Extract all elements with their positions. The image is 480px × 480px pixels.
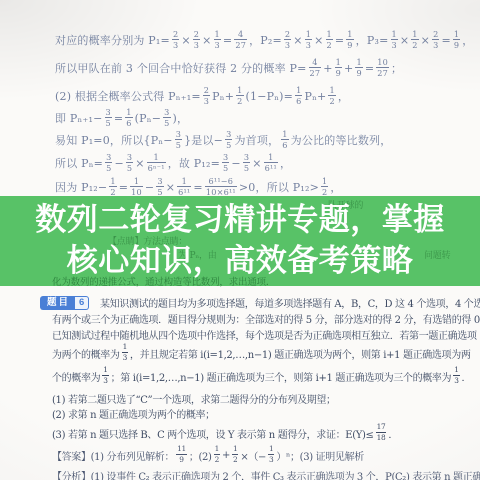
fraction: 12 (109, 177, 116, 198)
fraction: 23 (432, 30, 439, 51)
problem-badge: 题目 6 (40, 295, 89, 310)
fraction: 19 (335, 58, 342, 79)
fraction: 19 (355, 58, 362, 79)
fraction: 23 (203, 86, 210, 107)
fraction: 13 (268, 445, 274, 464)
fraction: 35 (105, 153, 112, 174)
fraction: 35 (243, 153, 250, 174)
fraction: 35 (175, 130, 182, 151)
fraction: 23 (172, 30, 179, 51)
fraction: 23 (284, 30, 291, 51)
fraction: 12 (236, 86, 243, 107)
fraction: 16¹¹ (177, 177, 191, 198)
fraction: 427 (309, 58, 322, 79)
fraction: 16 (281, 130, 288, 151)
fraction: 1027 (376, 58, 389, 79)
solution-line: 所以 Pₙ=35−35×16ⁿ⁻¹，故 P₁₂=35−35×16¹¹， (55, 150, 291, 176)
fraction: 35 (156, 177, 163, 198)
fraction: 12 (214, 445, 220, 464)
problem-part-2: (2) 求第 n 题正确选项为两个的概率； (52, 406, 215, 421)
fraction: 35 (126, 153, 133, 174)
fraction: 16 (125, 108, 132, 129)
textbook-page: 对应的概率分别为 P₁=23×23×13=427，P₂=23×13×12=19，… (0, 0, 480, 480)
problem-part-1: (1) 若第二题只选了“C”一个选项，求第二题得分的分布列及期望； (52, 391, 336, 406)
fraction: 12 (326, 30, 333, 51)
fraction: 19 (346, 30, 353, 51)
solution-line: 对应的概率分别为 P₁=23×23×13=427，P₂=23×13×12=19，… (55, 27, 473, 53)
fraction: 13 (102, 366, 108, 385)
fraction: 13 (214, 30, 221, 51)
fraction: 110 (130, 177, 143, 198)
fraction: 12 (328, 86, 335, 107)
fraction: 35 (225, 130, 232, 151)
analysis-line: 【分析】(1) 设事件 C₂ 表示正确选项为 2 个，事件 C₃ 表示正确选项为… (52, 468, 480, 480)
fraction: 13 (122, 343, 128, 362)
fraction: 12 (321, 177, 328, 198)
overlay-headline-line1: 数列二轮复习精讲专题，掌握 (0, 201, 480, 239)
problem-line: 个的概率为13；第 i(i=1,2,…,n−1) 题正确选项为三个，则第 i+1… (52, 363, 471, 389)
fraction: 16¹¹ (264, 153, 278, 174)
fraction: 35 (105, 108, 112, 129)
fraction: 13 (305, 30, 312, 51)
overlay-band: 队开球的 【点睛】方法点睛： 为 Pₙ，由 问题转 化为数列的递推公式，通过构造… (0, 196, 480, 286)
problem-badge-number: 6 (75, 296, 89, 310)
answer-line: 【答案】(1) 分布列见解析：119；(2)12+12×（−13）ⁿ；(3) 证… (52, 442, 364, 468)
fraction: 12 (232, 445, 238, 464)
overlay-headline-line2: 核心知识，高效备考策略 (0, 242, 480, 280)
fraction: 13 (391, 30, 398, 51)
problem-line: 有两个或三个为正确选项．题目得分规则为：全部选对的得 5 分，部分选对的得 2 … (52, 311, 480, 326)
problem-line: 某知识测试的题目均为多项选择题，每道多项选择题有 A，B，C，D 这 4 个选项… (100, 295, 480, 310)
fraction: 13 (453, 366, 459, 385)
fraction: 35 (163, 108, 170, 129)
fraction: 6¹¹−610×6¹¹ (205, 177, 237, 198)
fraction: 119 (176, 445, 187, 464)
problem-badge-label: 题目 (40, 296, 75, 310)
fraction: 23 (193, 30, 200, 51)
fraction: 16 (295, 86, 302, 107)
fraction: 1718 (376, 423, 387, 442)
solution-line: 所以甲队在前 3 个回合中恰好获得 2 分的概率 P=427+19+19=102… (55, 55, 402, 81)
fraction: 427 (234, 30, 247, 51)
fraction: 35 (222, 153, 229, 174)
fraction: 12 (411, 30, 418, 51)
fraction: 19 (453, 30, 460, 51)
fraction: 16ⁿ⁻¹ (147, 153, 166, 174)
